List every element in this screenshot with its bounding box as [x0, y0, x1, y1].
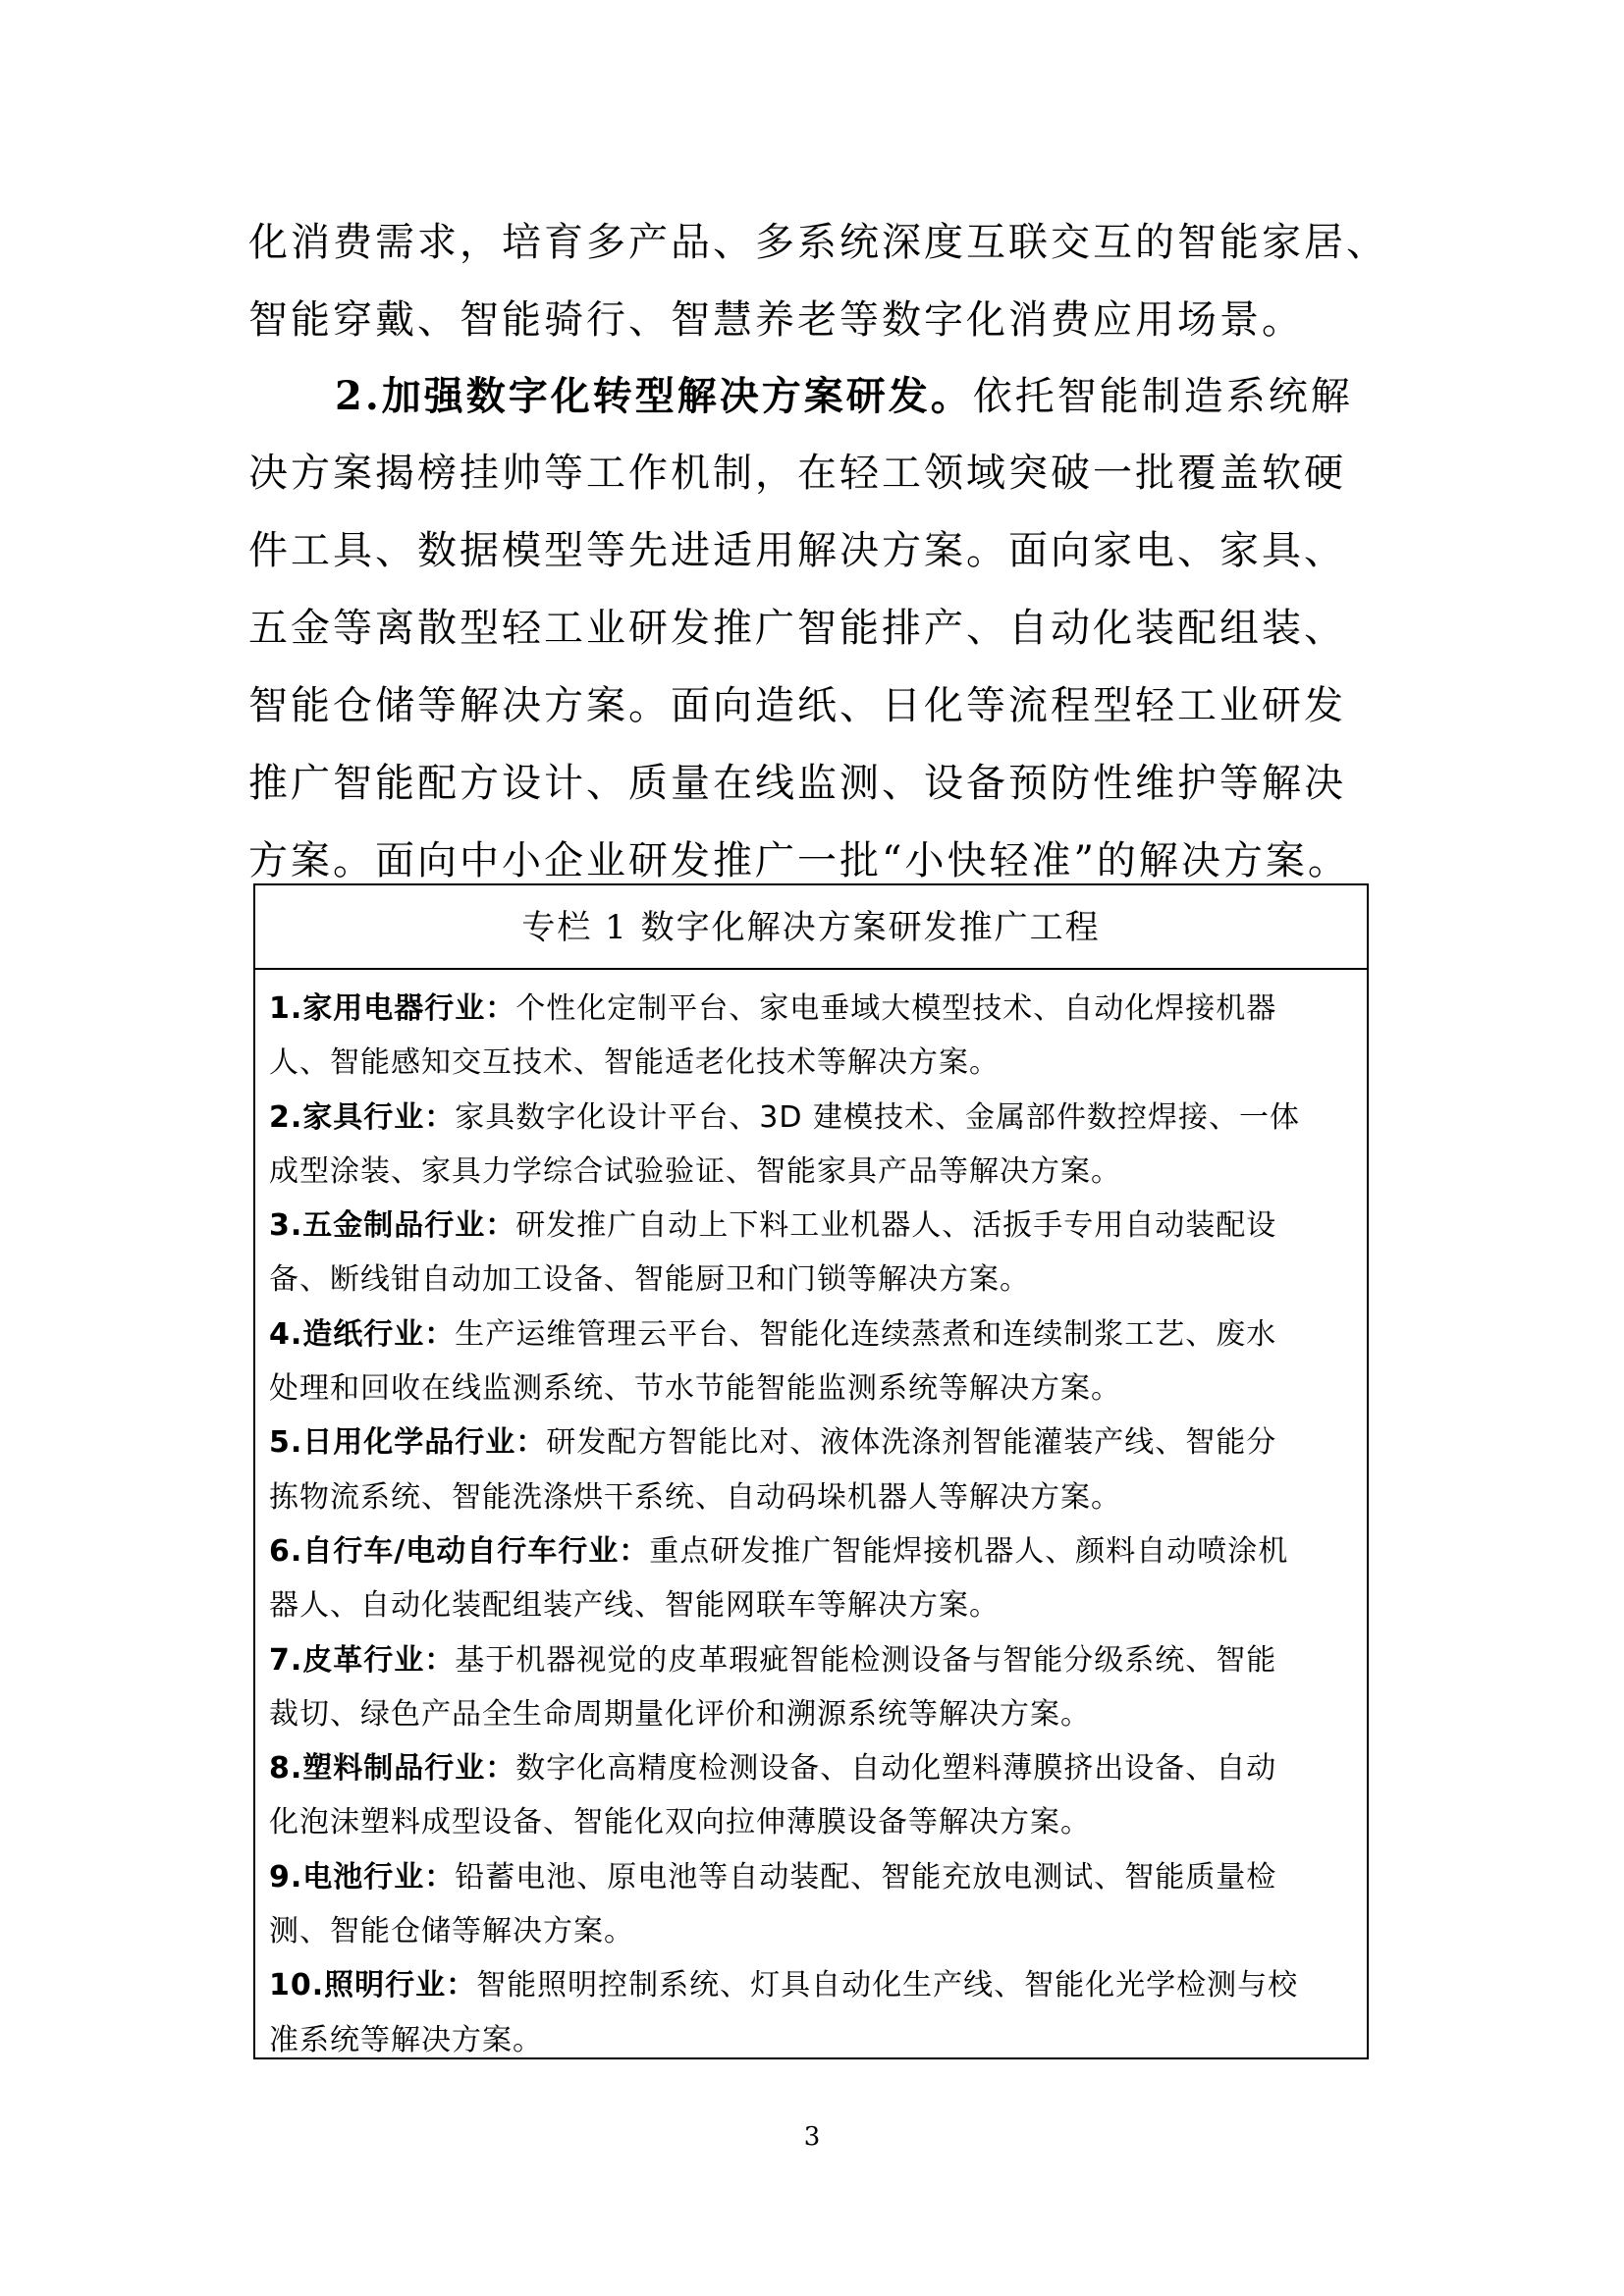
box-item: 10.照明行业：智能照明控制系统、灯具自动化生产线、智能化光学检测与校 准系统等… — [269, 1958, 1357, 2067]
box-item-label: 5.日用化学品行业： — [269, 1425, 546, 1460]
box-item-line: 8.塑料制品行业：数字化高精度检测设备、自动化塑料薄膜挤出设备、自动 — [269, 1741, 1357, 1795]
box-item-label: 10.照明行业： — [269, 1968, 476, 2002]
box-item-line: 人、智能感知交互技术、智能适老化技术等解决方案。 — [269, 1036, 1357, 1090]
box-item-line: 备、断线钳自动加工设备、智能厨卫和门锁等解决方案。 — [269, 1253, 1357, 1307]
box-item-label: 3.五金制品行业： — [269, 1208, 515, 1243]
box-item-label: 6.自行车/电动自行车行业： — [269, 1534, 649, 1569]
section-2-heading: 2.加强数字化转型解决方案研发。 — [335, 373, 973, 419]
box-item: 9.电池行业：铅蓄电池、原电池等自动装配、智能充放电测试、智能质量检 测、智能仓… — [269, 1850, 1357, 1959]
box-item-label: 2.家具行业： — [269, 1100, 455, 1135]
box-item-line: 6.自行车/电动自行车行业：重点研发推广智能焊接机器人、颜料自动喷涂机 — [269, 1524, 1357, 1578]
box-item-text: 家具数字化设计平台、3D 建模技术、金属部件数控焊接、一体 — [455, 1100, 1300, 1135]
box-item-label: 1.家用电器行业： — [269, 991, 515, 1026]
box-item: 2.家具行业：家具数字化设计平台、3D 建模技术、金属部件数控焊接、一体 成型涂… — [269, 1091, 1357, 1200]
section-2-first-line-text: 依托智能制造系统解 — [973, 374, 1353, 419]
body-line: 智能仓储等解决方案。面向造纸、日化等流程型轻工业研发 — [248, 667, 1380, 745]
box-item-label: 9.电池行业： — [269, 1860, 455, 1895]
box-item-line: 准系统等解决方案。 — [269, 2013, 1357, 2067]
box-item-line: 5.日用化学品行业：研发配方智能比对、液体洗涤剂智能灌装产线、智能分 — [269, 1415, 1357, 1469]
body-line: 化消费需求，培育多产品、多系统深度互联交互的智能家居、 — [248, 204, 1380, 282]
box-item-text: 重点研发推广智能焊接机器人、颜料自动喷涂机 — [649, 1534, 1288, 1569]
box-item-line: 拣物流系统、智能洗涤烘干系统、自动码垛机器人等解决方案。 — [269, 1470, 1357, 1524]
box-item: 7.皮革行业：基于机器视觉的皮革瑕疵智能检测设备与智能分级系统、智能 裁切、绿色… — [269, 1633, 1357, 1742]
box-item: 6.自行车/电动自行车行业：重点研发推广智能焊接机器人、颜料自动喷涂机 器人、自… — [269, 1524, 1357, 1633]
box-item-text: 智能照明控制系统、灯具自动化生产线、智能化光学检测与校 — [476, 1968, 1298, 2002]
body-line: 件工具、数据模型等先进适用解决方案。面向家电、家具、 — [248, 512, 1380, 590]
box-item-line: 9.电池行业：铅蓄电池、原电池等自动装配、智能充放电测试、智能质量检 — [269, 1850, 1357, 1904]
page-number: 3 — [0, 2122, 1624, 2152]
box-item-line: 测、智能仓储等解决方案。 — [269, 1904, 1357, 1958]
box-item: 5.日用化学品行业：研发配方智能比对、液体洗涤剂智能灌装产线、智能分 拣物流系统… — [269, 1415, 1357, 1524]
section-2-first-line: 2.加强数字化转型解决方案研发。依托智能制造系统解 — [248, 357, 1380, 435]
box-item-text: 生产运维管理云平台、智能化连续蒸煮和连续制浆工艺、废水 — [455, 1317, 1276, 1352]
box-item-line: 裁切、绿色产品全生命周期量化评价和溯源系统等解决方案。 — [269, 1687, 1357, 1741]
box-item-line: 器人、自动化装配组装产线、智能网联车等解决方案。 — [269, 1578, 1357, 1632]
box-item-line: 处理和回收在线监测系统、节水节能智能监测系统等解决方案。 — [269, 1362, 1357, 1415]
box-item: 4.造纸行业：生产运维管理云平台、智能化连续蒸煮和连续制浆工艺、废水 处理和回收… — [269, 1308, 1357, 1416]
box-item-label: 8.塑料制品行业： — [269, 1751, 515, 1786]
box-item-text: 基于机器视觉的皮革瑕疵智能检测设备与智能分级系统、智能 — [455, 1643, 1276, 1678]
box-item-line: 7.皮革行业：基于机器视觉的皮革瑕疵智能检测设备与智能分级系统、智能 — [269, 1633, 1357, 1687]
box-item-line: 1.家用电器行业：个性化定制平台、家电垂域大模型技术、自动化焊接机器 — [269, 982, 1357, 1036]
box-item: 8.塑料制品行业：数字化高精度检测设备、自动化塑料薄膜挤出设备、自动 化泡沫塑料… — [269, 1741, 1357, 1850]
box-item-text: 铅蓄电池、原电池等自动装配、智能充放电测试、智能质量检 — [455, 1860, 1276, 1895]
body-line: 智能穿戴、智能骑行、智慧养老等数字化消费应用场景。 — [248, 282, 1380, 359]
box-item-label: 7.皮革行业： — [269, 1643, 455, 1678]
box-item-text: 数字化高精度检测设备、自动化塑料薄膜挤出设备、自动 — [515, 1751, 1276, 1786]
column-box-body: 1.家用电器行业：个性化定制平台、家电垂域大模型技术、自动化焊接机器 人、智能感… — [255, 970, 1367, 2067]
box-item-label: 4.造纸行业： — [269, 1317, 455, 1352]
column-box: 专栏 1 数字化解决方案研发推广工程 1.家用电器行业：个性化定制平台、家电垂域… — [253, 883, 1369, 2059]
box-item-text: 研发配方智能比对、液体洗涤剂智能灌装产线、智能分 — [546, 1425, 1276, 1460]
body-paragraph-continued: 化消费需求，培育多产品、多系统深度互联交互的智能家居、 智能穿戴、智能骑行、智慧… — [248, 204, 1380, 359]
column-box-title: 专栏 1 数字化解决方案研发推广工程 — [255, 885, 1367, 970]
body-line: 决方案揭榜挂帅等工作机制，在轻工领域突破一批覆盖软硬 — [248, 435, 1380, 512]
box-item-line: 10.照明行业：智能照明控制系统、灯具自动化生产线、智能化光学检测与校 — [269, 1958, 1357, 2012]
body-line: 推广智能配方设计、质量在线监测、设备预防性维护等解决 — [248, 745, 1380, 823]
box-item-text: 研发推广自动上下料工业机器人、活扳手专用自动装配设 — [515, 1208, 1276, 1243]
box-item: 3.五金制品行业：研发推广自动上下料工业机器人、活扳手专用自动装配设 备、断线钳… — [269, 1199, 1357, 1308]
box-item: 1.家用电器行业：个性化定制平台、家电垂域大模型技术、自动化焊接机器 人、智能感… — [269, 982, 1357, 1091]
box-item-line: 成型涂装、家具力学综合试验验证、智能家具产品等解决方案。 — [269, 1145, 1357, 1199]
body-line: 五金等离散型轻工业研发推广智能排产、自动化装配组装、 — [248, 590, 1380, 667]
section-2-paragraph: 2.加强数字化转型解决方案研发。依托智能制造系统解 决方案揭榜挂帅等工作机制，在… — [248, 357, 1380, 900]
box-item-line: 化泡沫塑料成型设备、智能化双向拉伸薄膜设备等解决方案。 — [269, 1795, 1357, 1849]
box-item-line: 2.家具行业：家具数字化设计平台、3D 建模技术、金属部件数控焊接、一体 — [269, 1091, 1357, 1145]
box-item-text: 个性化定制平台、家电垂域大模型技术、自动化焊接机器 — [515, 991, 1276, 1026]
box-item-line: 4.造纸行业：生产运维管理云平台、智能化连续蒸煮和连续制浆工艺、废水 — [269, 1308, 1357, 1362]
box-item-line: 3.五金制品行业：研发推广自动上下料工业机器人、活扳手专用自动装配设 — [269, 1199, 1357, 1253]
